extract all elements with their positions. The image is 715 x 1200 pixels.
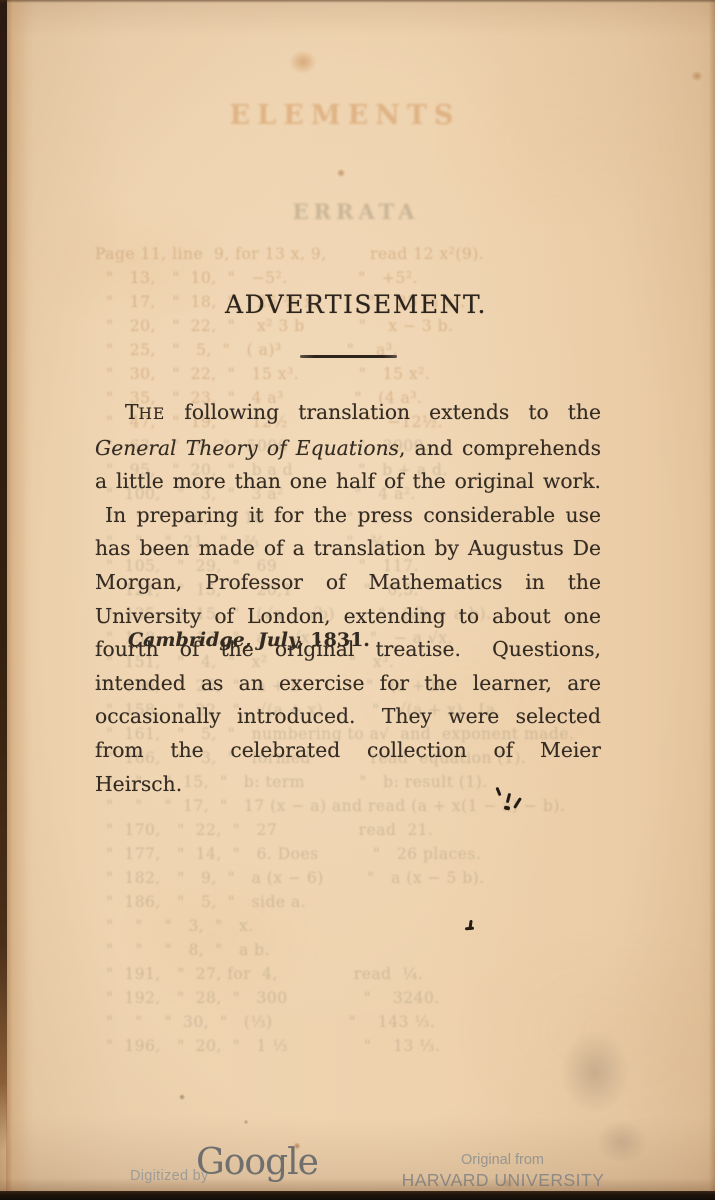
- ghost-errata-row: " " " 8, " a b.: [95, 938, 270, 962]
- page-title: ADVERTISEMENT.: [0, 290, 712, 319]
- text-segment: following translation extends to the: [165, 400, 601, 424]
- binding-crease: [6, 0, 28, 1200]
- text-segment: Cambridge, July,: [128, 629, 304, 651]
- ghost-errata-row: " 177, " 14, " 6. Does " 26 places.: [95, 842, 481, 866]
- bottom-scan-edge: [0, 1191, 715, 1200]
- ghost-errata-row: " 25, " 5, " ( a)³ " a³.: [95, 338, 398, 362]
- text-segment: T: [125, 400, 139, 424]
- ghost-errata-row: Page 11, line 9, for 13 x, 9, read 12 x²…: [95, 242, 484, 266]
- ghost-errata-row: " 13, " 10, " −5². " +5².: [95, 266, 418, 290]
- ghost-masthead: ELEMENTS: [0, 100, 690, 131]
- title-divider-rule: [300, 355, 397, 358]
- ghost-errata-row: " 191, " 27, for 4, read ¼.: [95, 962, 423, 986]
- ghost-errata-row: " 182, " 9, " a (x − 6) " a (x − 5 b).: [95, 866, 485, 890]
- ghost-errata-row: " 186, " 5, " side a.: [95, 890, 306, 914]
- advertisement-paragraph: THE following translation extends to the…: [95, 396, 601, 801]
- original-from-label: Original from: [395, 1152, 610, 1168]
- binding-edge: [0, 0, 7, 1152]
- top-edge-shadow: [0, 0, 715, 3]
- dateline: Cambridge, July, 1831.: [128, 629, 370, 651]
- ghost-errata-heading: ERRATA: [0, 199, 712, 224]
- bottom-edge-shadow: [0, 1178, 715, 1192]
- ghost-errata-row: " 30, " 22, " 15 x³. " 15 x².: [95, 362, 430, 386]
- text-segment: , and comprehends a little more than one…: [95, 436, 601, 796]
- right-edge-shadow: [709, 0, 715, 1200]
- ghost-errata-row: " 192, " 28, " 300 " 3240.: [95, 986, 440, 1010]
- ghost-errata-row: " 170, " 22, " 27 read 21.: [95, 818, 433, 842]
- ghost-errata-row: " " " 3, " x.: [95, 914, 254, 938]
- book-page: ELEMENTS ERRATA Page 11, line 9, for 13 …: [0, 0, 715, 1200]
- google-logo: Google: [196, 1142, 318, 1183]
- ghost-errata-row: " 196, " 20, " 1 ⅓ " 13 ⅓.: [95, 1034, 440, 1058]
- text-segment: 1831.: [304, 629, 370, 651]
- ghost-errata-row: " " " 30, " (⅓) " 143 ⅓.: [95, 1010, 435, 1034]
- text-segment: HE: [139, 405, 166, 423]
- text-segment: General Theory of Equations: [95, 436, 399, 460]
